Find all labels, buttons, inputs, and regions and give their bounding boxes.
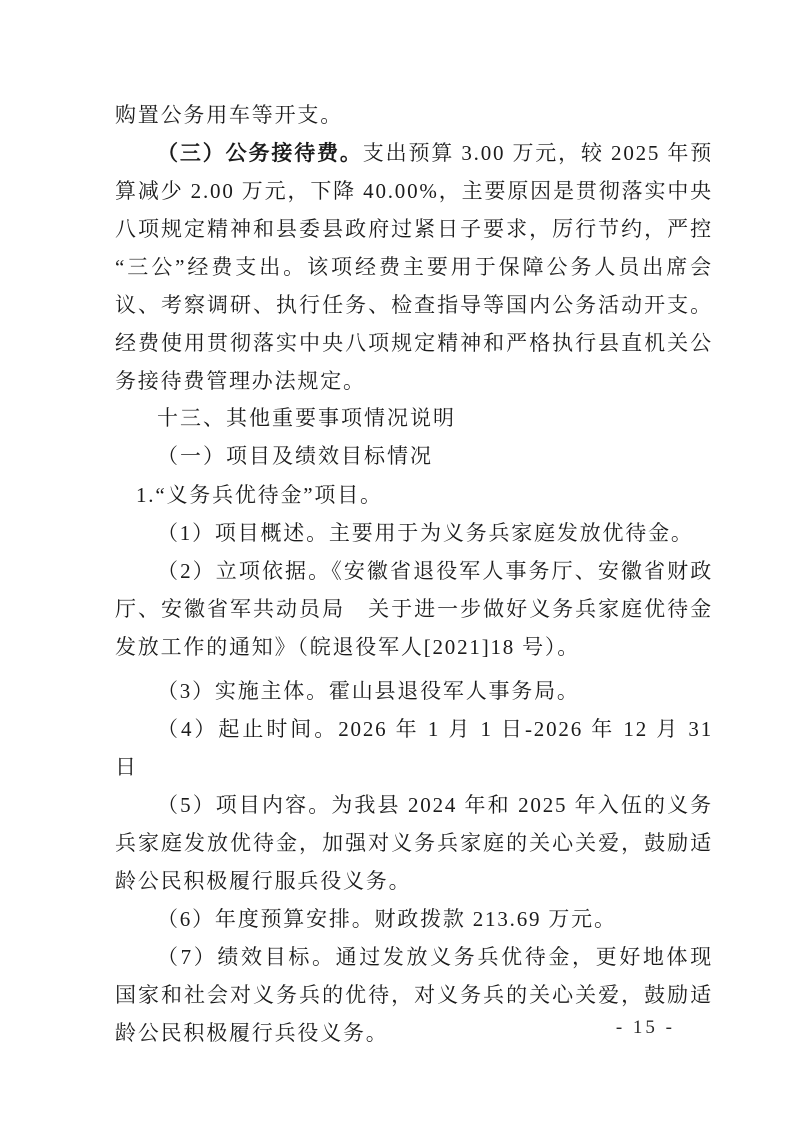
document-body: 购置公务用车等开支。 （三）公务接待费。支出预算 3.00 万元，较 2025 …: [115, 96, 713, 1052]
project-item-duration: （4）起止时间。2026 年 1 月 1 日-2026 年 12 月 31 日: [115, 710, 713, 786]
heading-section-13: 十三、其他重要事项情况说明: [115, 400, 713, 438]
paragraph-official-reception-fee: （三）公务接待费。支出预算 3.00 万元，较 2025 年预算减少 2.00 …: [115, 134, 713, 400]
paragraph-body-text: 支出预算 3.00 万元，较 2025 年预算减少 2.00 万元，下降 40.…: [115, 141, 713, 393]
project-item-implementer: （3）实施主体。霍山县退役军人事务局。: [115, 672, 713, 710]
project-item-budget: （6）年度预算安排。财政拨款 213.69 万元。: [115, 900, 713, 938]
project-item-overview: （1）项目概述。主要用于为义务兵家庭发放优待金。: [115, 514, 713, 552]
paragraph-carryover: 购置公务用车等开支。: [115, 96, 713, 134]
project-item-content: （5）项目内容。为我县 2024 年和 2025 年入伍的义务兵家庭发放优待金，…: [115, 786, 713, 900]
paragraph-bold-label: （三）公务接待费。: [157, 141, 363, 165]
page-number: - 15 -: [616, 1016, 675, 1040]
document-page: 购置公务用车等开支。 （三）公务接待费。支出预算 3.00 万元，较 2025 …: [0, 0, 793, 1122]
heading-subsection-projects: （一）项目及绩效目标情况: [115, 438, 713, 476]
project-item-basis: （2）立项依据。《安徽省退役军人事务厅、安徽省财政厅、安徽省军共动员局 关于进一…: [115, 552, 713, 666]
heading-project-conscript-allowance: 1.“义务兵优待金”项目。: [115, 476, 713, 514]
